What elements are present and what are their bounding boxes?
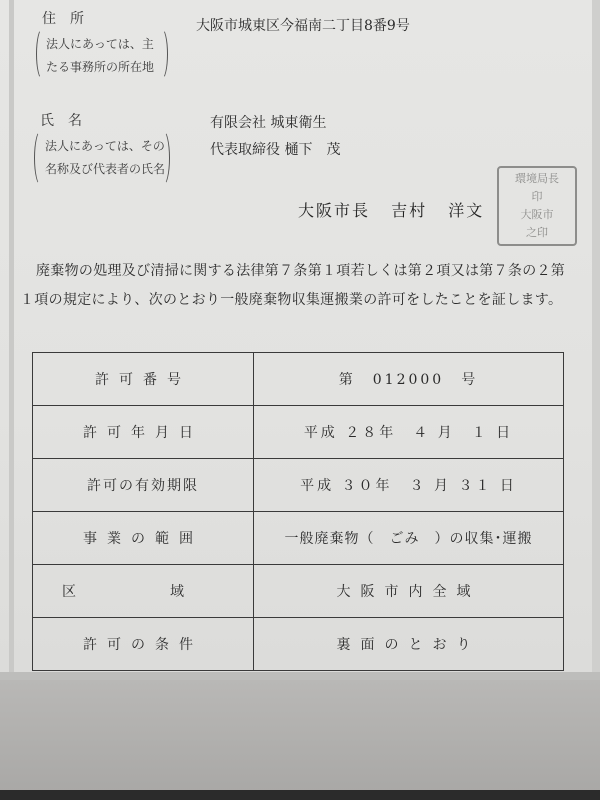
business-scope-value: 一般廃棄物（ ごみ ）の収集･運搬 xyxy=(254,512,564,565)
certification-text-line1: 廃棄物の処理及び清掃に関する法律第７条第１項若しくは第２項又は第７条の２第 xyxy=(36,260,586,280)
table-row: 許可の有効期限 平成 ３０年 ３ 月 ３１ 日 xyxy=(33,459,564,512)
issuer-given-name: 洋文 xyxy=(448,201,484,220)
permit-number-value: 第 012000 号 xyxy=(254,353,564,406)
name-note-line2: 名称及び代表者の氏名 xyxy=(45,160,165,177)
underlying-page xyxy=(0,680,600,800)
seal-line: 之印 xyxy=(501,224,573,242)
issuer-title: 大阪市長 xyxy=(298,201,370,220)
business-scope-label: 事業の範囲 xyxy=(33,512,254,565)
address-value: 大阪市城東区今福南二丁目8番9号 xyxy=(196,15,410,35)
official-seal-icon: 環境局長 印 大阪市 之印 xyxy=(497,166,577,246)
table-row: 区 域 大阪市内全域 xyxy=(33,565,564,618)
issuer-surname: 吉村 xyxy=(391,201,427,220)
permit-conditions-value: 裏面のとおり xyxy=(254,618,564,671)
table-row: 許可年月日 平成 ２８年 ４ 月 １ 日 xyxy=(33,406,564,459)
permit-date-value: 平成 ２８年 ４ 月 １ 日 xyxy=(254,406,564,459)
address-label: 住 所 xyxy=(42,8,84,28)
name-note-line1: 法人にあっては、その xyxy=(45,137,165,154)
company-name: 有限会社 城東衛生 xyxy=(210,112,326,132)
address-note-line1: 法人にあっては、主 xyxy=(46,35,154,52)
seal-line: 印 xyxy=(501,188,573,206)
bottom-shadow xyxy=(0,790,600,800)
permit-details-table: 許可番号 第 012000 号 許可年月日 平成 ２８年 ４ 月 １ 日 許可の… xyxy=(32,352,564,671)
table-row: 許可の条件 裏面のとおり xyxy=(33,618,564,671)
area-label: 区 域 xyxy=(33,565,254,618)
permit-expiry-value: 平成 ３０年 ３ 月 ３１ 日 xyxy=(254,459,564,512)
page-bottom-edge xyxy=(0,672,600,680)
table-row: 許可番号 第 012000 号 xyxy=(33,353,564,406)
page-edge-left xyxy=(9,0,14,672)
permit-date-label: 許可年月日 xyxy=(33,406,254,459)
permit-expiry-label: 許可の有効期限 xyxy=(33,459,254,512)
certification-text-line2: １項の規定により、次のとおり一般廃棄物収集運搬業の許可をしたことを証します。 xyxy=(20,289,580,309)
representative-name: 代表取締役 樋下 茂 xyxy=(210,139,340,159)
seal-line: 環境局長 xyxy=(501,170,573,188)
permit-conditions-label: 許可の条件 xyxy=(33,618,254,671)
seal-line: 大阪市 xyxy=(501,206,573,224)
permit-number-label: 許可番号 xyxy=(33,353,254,406)
issuer-signature: 大阪市長 吉村 洋文 xyxy=(298,198,498,221)
page-edge-right xyxy=(592,0,600,672)
name-label: 氏 名 xyxy=(40,110,82,130)
area-value: 大阪市内全域 xyxy=(254,565,564,618)
table-row: 事業の範囲 一般廃棄物（ ごみ ）の収集･運搬 xyxy=(33,512,564,565)
address-note-line2: たる事務所の所在地 xyxy=(46,58,154,75)
